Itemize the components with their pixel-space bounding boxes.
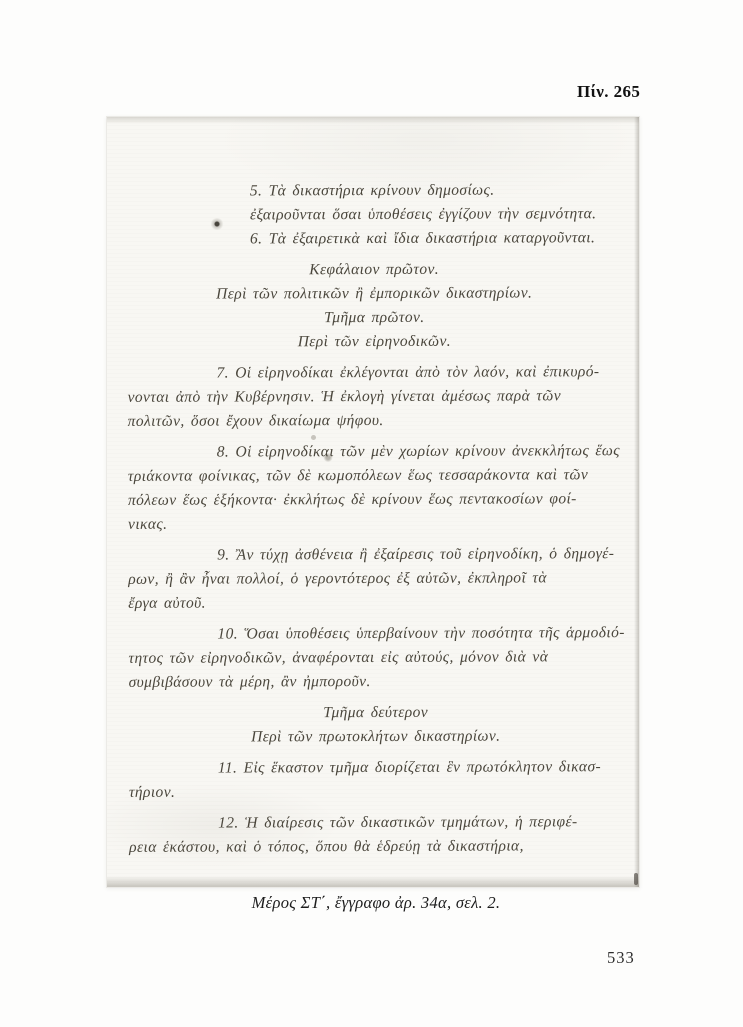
scan-right-edge <box>634 117 639 887</box>
manuscript-line: τήριον. <box>122 779 630 805</box>
caption: Μέρος ΣΤ΄, ἔγγραφο ἀρ. 34α, σελ. 2. <box>106 893 646 913</box>
manuscript-line: 11. Εἰς ἕκαστον τμῆμα διορίζεται ἓν πρωτ… <box>122 755 630 781</box>
manuscript-line: 6. Τὰ ἐξαιρετικὰ καὶ ἴδια δικαστήρια κατ… <box>120 226 628 252</box>
manuscript-line: νονται ἀπὸ τὴν Κυβέρνησιν. Ἡ ἐκλογὴ γίνε… <box>121 384 629 410</box>
plate-label: Πίν. 265 <box>577 82 640 102</box>
manuscript-line: πόλεων ἕως ἑξήκοντα· ἐκκλήτως δὲ κρίνουν… <box>121 487 629 513</box>
manuscript-line: 12. Ἡ διαίρεσις τῶν δικαστικῶν τμημάτων,… <box>122 810 630 836</box>
manuscript-line: Περὶ τῶν εἰρηνοδικῶν. <box>120 329 628 355</box>
page-number: 533 <box>607 948 635 968</box>
manuscript-line: 5. Τὰ δικαστήρια κρίνουν δημοσίως. <box>120 178 628 204</box>
manuscript-line: 10. Ὅσαι ὑποθέσεις ὑπερβαίνουν τὴν ποσότ… <box>121 621 629 647</box>
manuscript-line: Περὶ τῶν πολιτικῶν ἢ ἐμπορικῶν δικαστηρί… <box>120 281 628 307</box>
scan-bottom-edge <box>107 876 639 887</box>
manuscript-line: Τμῆμα πρῶτον. <box>120 305 628 331</box>
manuscript-line: ρων, ἢ ἂν ἦναι πολλοί, ὁ γεροντότερος ἐξ… <box>121 566 629 592</box>
ink-mark-corner <box>634 873 638 885</box>
manuscript-line: νικας. <box>121 511 629 537</box>
manuscript-line: τητος τῶν εἰρηνοδικῶν, ἀναφέρονται εἰς α… <box>121 645 629 671</box>
manuscript-line: 7. Οἱ εἰρηνοδίκαι ἐκλέγονται ἀπὸ τὸν λαό… <box>120 360 628 386</box>
manuscript-line: Περὶ τῶν πρωτοκλήτων δικαστηρίων. <box>122 724 630 750</box>
manuscript-line: 8. Οἱ εἰρηνοδίκαι τῶν μὲν χωρίων κρίνουν… <box>121 439 629 465</box>
manuscript-line: Κεφάλαιον πρῶτον. <box>120 257 628 283</box>
manuscript-line: 9. Ἂν τύχῃ ἀσθένεια ἢ ἐξαίρεσις τοῦ εἰρη… <box>121 542 629 568</box>
manuscript-line: τριάκοντα φοίνικας, τῶν δὲ κωμοπόλεων ἕω… <box>121 463 629 489</box>
manuscript-line: ἐξαιροῦνται ὅσαι ὑποθέσεις ἐγγίζουν τὴν … <box>120 202 628 228</box>
scan-top-edge <box>107 117 639 124</box>
manuscript-line: συμβιβάσουν τὰ μέρη, ἂν ἠμποροῦν. <box>122 669 630 695</box>
manuscript-line: ἔργα αὐτοῦ. <box>121 590 629 616</box>
manuscript-line: ρεια ἑκάστου, καὶ ὁ τόπος, ὅπου θὰ ἑδρεύ… <box>122 834 630 860</box>
manuscript-line: Τμῆμα δεύτερον <box>122 700 630 726</box>
manuscript-text: 5. Τὰ δικαστήρια κρίνουν δημοσίως.ἐξαιρο… <box>120 178 630 860</box>
manuscript-scan: 5. Τὰ δικαστήρια κρίνουν δημοσίως.ἐξαιρο… <box>106 116 640 888</box>
manuscript-line: πολιτῶν, ὅσοι ἔχουν δικαίωμα ψήφου. <box>121 408 629 434</box>
